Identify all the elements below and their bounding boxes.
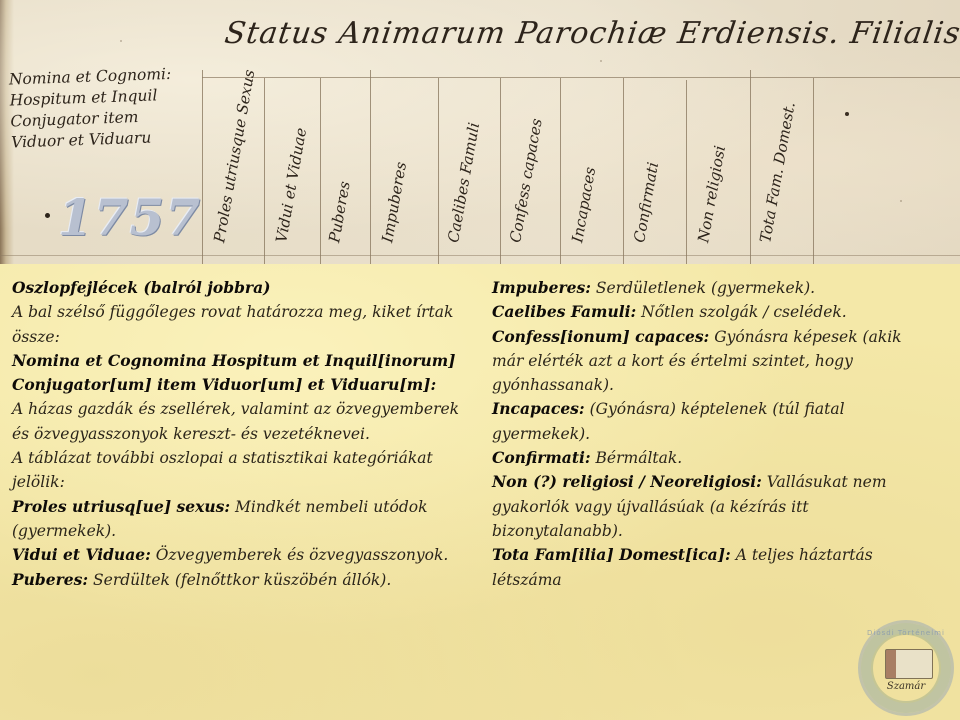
column-divider: [813, 78, 814, 272]
column-divider: [320, 78, 321, 272]
paper-speck: [600, 60, 602, 62]
panel-heading: Oszlopfejlécek (balról jobbra): [12, 276, 474, 300]
explanation-column-right: Impuberes: Serdületlenek (gyermekek). Ca…: [492, 276, 922, 592]
stamp-arc-text: Diósdi Történelmi: [861, 629, 951, 637]
column-divider: [438, 78, 439, 272]
column-divider: [264, 78, 265, 272]
explanation-panel: Oszlopfejlécek (balról jobbra) A bal szé…: [0, 264, 960, 720]
entry-desc: Serdültek (felnőttkor küszöbén állók).: [93, 571, 391, 589]
manuscript-title: Status Animarum Parochiæ Erdiensis. Fili…: [223, 16, 960, 51]
entry: Nomina et Cognomina Hospitum et Inquil[i…: [12, 349, 474, 373]
left-heading: Nomina et Cognomi: Hospitum et Inquil Co…: [9, 63, 212, 154]
column-header-puberes: Puberes: [325, 180, 353, 244]
entry-term: Vidui et Viduae:: [12, 545, 151, 564]
entry: Puberes: Serdültek (felnőttkor küszöbén …: [12, 568, 474, 592]
column-divider: [370, 70, 371, 264]
entry: Caelibes Famuli: Nőtlen szolgák / cseléd…: [492, 300, 922, 324]
entry-term: Impuberes:: [492, 278, 591, 297]
slide: Status Animarum Parochiæ Erdiensis. Fili…: [0, 0, 960, 720]
table-header-rule: [202, 77, 960, 78]
column-divider: [686, 80, 687, 274]
entry-term: Puberes:: [12, 570, 88, 589]
watermark-stamp: Diósdi Történelmi Szamár: [858, 620, 954, 716]
paper-speck: [900, 200, 902, 202]
entry-desc: Serdületlenek (gyermekek).: [596, 279, 815, 297]
column-divider: [623, 78, 624, 272]
column-header-non-religiosi: Non religiosi: [694, 144, 729, 244]
year-label: 1757: [58, 188, 201, 247]
entry: Conjugator[um] item Viduor[um] et Viduar…: [12, 373, 474, 397]
entry-term: Confess[ionum] capaces:: [492, 327, 709, 346]
column-header-confirmati: Confirmati: [630, 161, 662, 244]
column-header-incapaces: Incapaces: [568, 166, 599, 244]
entry: Impuberes: Serdületlenek (gyermekek).: [492, 276, 922, 300]
entry-desc: A táblázat további oszlopai a statisztik…: [12, 449, 433, 491]
entry-term: Caelibes Famuli:: [492, 302, 636, 321]
entry: Proles utriusq[ue] sexus: Mindkét nembel…: [12, 495, 474, 544]
entry-term: Non (?) religiosi / Neoreligiosi:: [492, 472, 762, 491]
ink-dot: [45, 213, 50, 218]
explanation-column-left: Oszlopfejlécek (balról jobbra) A bal szé…: [12, 276, 474, 592]
column-header-proles: Proles utriusque Sexus: [210, 68, 258, 244]
entry-term: Nomina et Cognomina Hospitum et Inquil[i…: [12, 351, 456, 370]
entry: Confess[ionum] capaces: Gyónásra képesek…: [492, 325, 922, 398]
column-header-tota: Tota Fam. Domest.: [756, 101, 798, 244]
entry-term: Conjugator[um] item Viduor[um] et Viduar…: [12, 375, 436, 394]
entry-desc: A házas gazdák és zsellérek, valamint az…: [12, 400, 459, 442]
column-divider: [560, 78, 561, 272]
column-divider: [500, 78, 501, 272]
entry: Vidui et Viduae: Özvegyemberek és özvegy…: [12, 543, 474, 567]
column-header-impuberes: Impuberes: [378, 160, 410, 244]
column-header-caelibes: Caelibes Famuli: [444, 121, 483, 244]
entry: Non (?) religiosi / Neoreligiosi: Vallás…: [492, 470, 922, 543]
table-row-rule: [0, 255, 960, 256]
entry-term: Confirmati:: [492, 448, 591, 467]
entry: Incapaces: (Gyónásra) képtelenek (túl fi…: [492, 397, 922, 446]
entry-desc: Bérmáltak.: [596, 449, 683, 467]
entry: A táblázat további oszlopai a statisztik…: [12, 446, 474, 495]
ink-dot: [845, 112, 849, 116]
entry-term: Proles utriusq[ue] sexus:: [12, 497, 230, 516]
entry: A bal szélső függőleges rovat határozza …: [12, 300, 474, 349]
entry: Confirmati: Bérmáltak.: [492, 446, 922, 470]
entry-term: Tota Fam[ilia] Domest[ica]:: [492, 545, 731, 564]
book-quill-icon: [885, 649, 933, 679]
column-divider: [750, 70, 751, 264]
entry-term: Oszlopfejlécek (balról jobbra): [12, 278, 270, 297]
paper-speck: [120, 40, 122, 42]
entry-term: Incapaces:: [492, 399, 585, 418]
column-header-confess: Confess capaces: [506, 117, 546, 244]
entry: A házas gazdák és zsellérek, valamint az…: [12, 397, 474, 446]
entry-desc: Nőtlen szolgák / cselédek.: [641, 303, 847, 321]
manuscript-image: Status Animarum Parochiæ Erdiensis. Fili…: [0, 0, 960, 264]
stamp-label: Szamár: [861, 681, 951, 692]
entry: Tota Fam[ilia] Domest[ica]: A teljes ház…: [492, 543, 922, 592]
column-header-vidui: Vidui et Viduae: [272, 126, 310, 244]
entry-desc: Özvegyemberek és özvegyasszonyok.: [156, 546, 449, 564]
entry-desc: A bal szélső függőleges rovat határozza …: [12, 303, 453, 345]
